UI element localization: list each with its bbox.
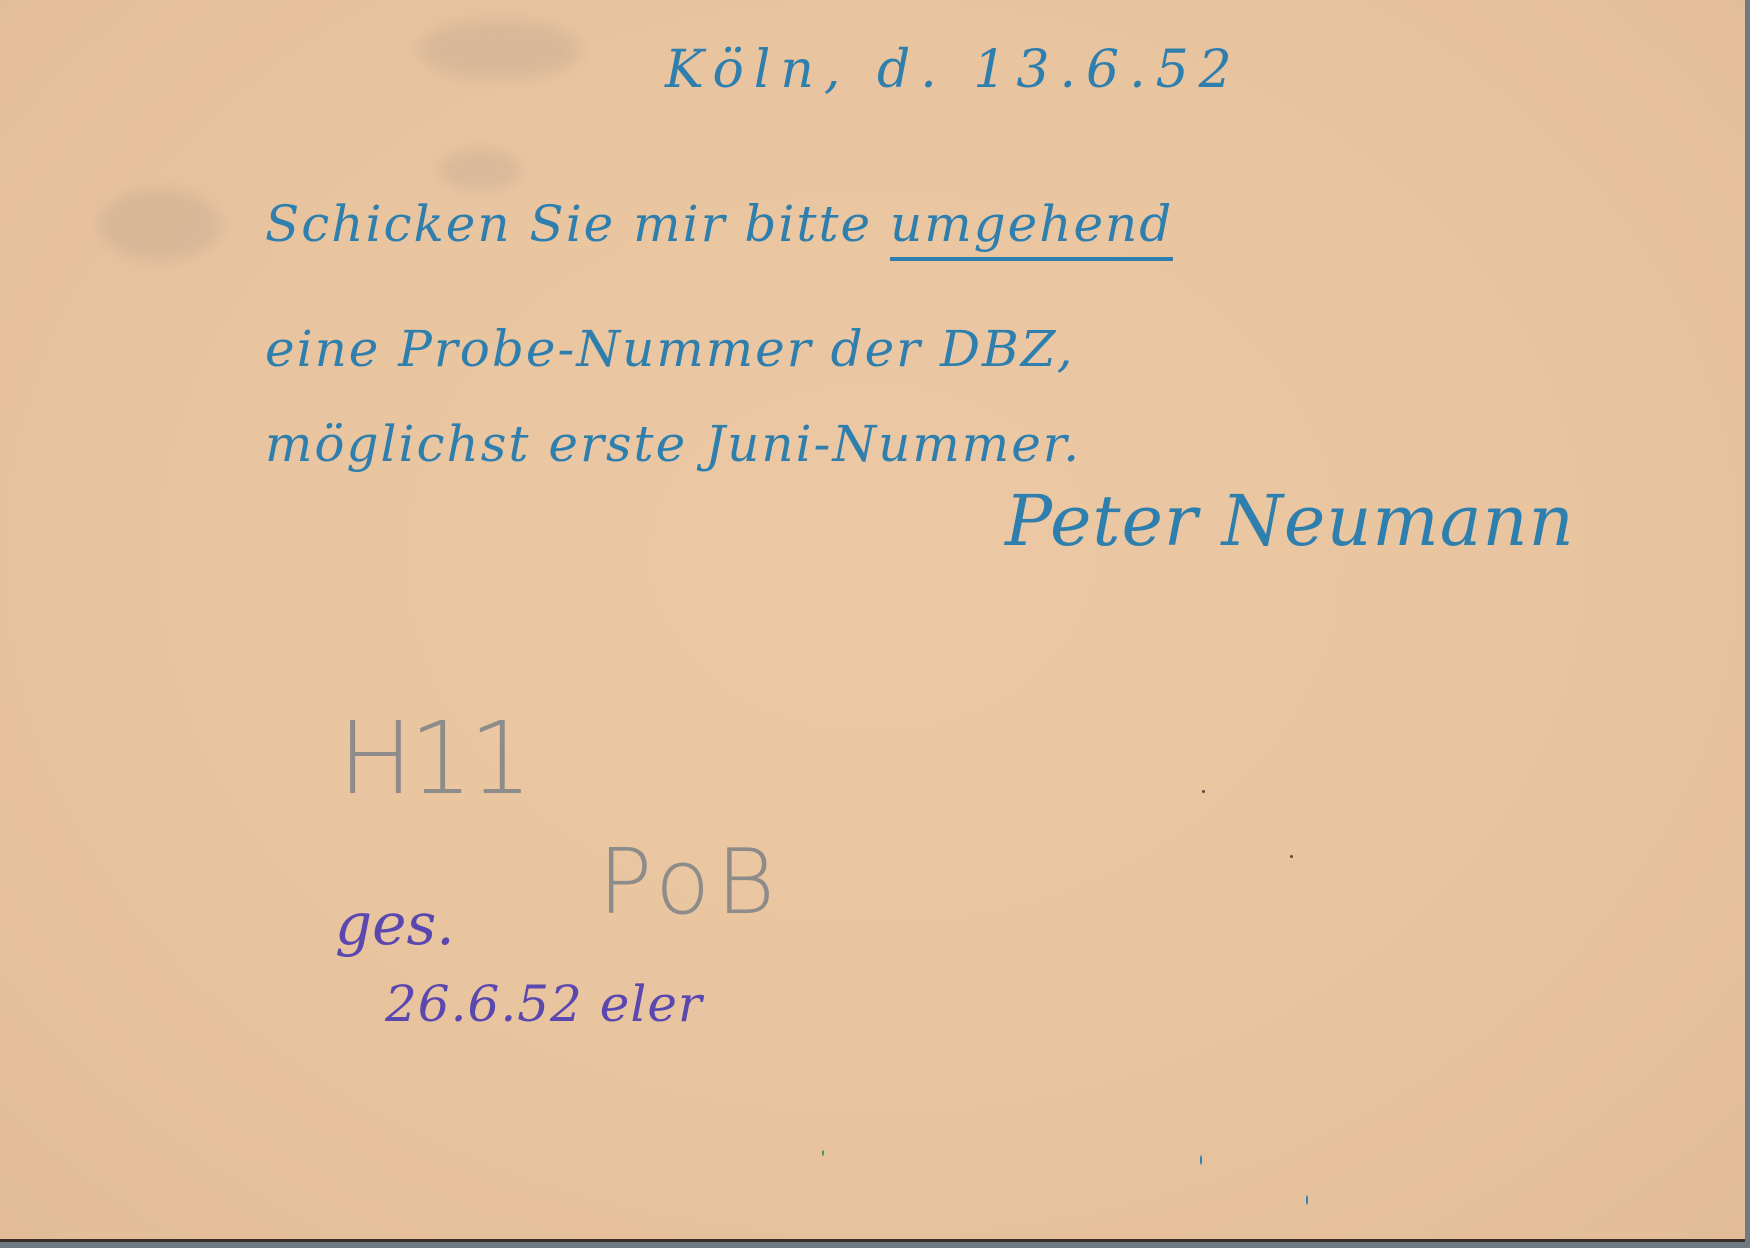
letter-line-1-text: Schicken Sie mir bitte bbox=[265, 195, 890, 253]
paper-speck bbox=[822, 1150, 824, 1156]
underlined-word: umgehend bbox=[890, 195, 1173, 261]
smudge bbox=[420, 20, 580, 80]
smudge bbox=[100, 190, 220, 260]
letter-line-1: Schicken Sie mir bitte umgehend bbox=[265, 195, 1173, 253]
paper-speck bbox=[1290, 855, 1293, 858]
pencil-code: PoB bbox=[598, 830, 781, 935]
smudge bbox=[440, 150, 520, 190]
paper-speck bbox=[1306, 1195, 1308, 1205]
violet-note-line-1: ges. bbox=[335, 890, 455, 958]
postcard: Köln, d. 13.6.52 Schicken Sie mir bitte … bbox=[0, 0, 1745, 1239]
place-date: Köln, d. 13.6.52 bbox=[665, 40, 1242, 100]
paper-speck bbox=[1202, 790, 1205, 793]
signature: Peter Neumann bbox=[1005, 480, 1575, 562]
paper-speck bbox=[1200, 1155, 1202, 1165]
letter-line-2: eine Probe-Nummer der DBZ, bbox=[265, 320, 1075, 378]
letter-line-3: möglichst erste Juni-Nummer. bbox=[265, 415, 1081, 473]
violet-note-line-2: 26.6.52 eler bbox=[385, 975, 703, 1033]
pencil-mark: H11 bbox=[338, 700, 528, 817]
